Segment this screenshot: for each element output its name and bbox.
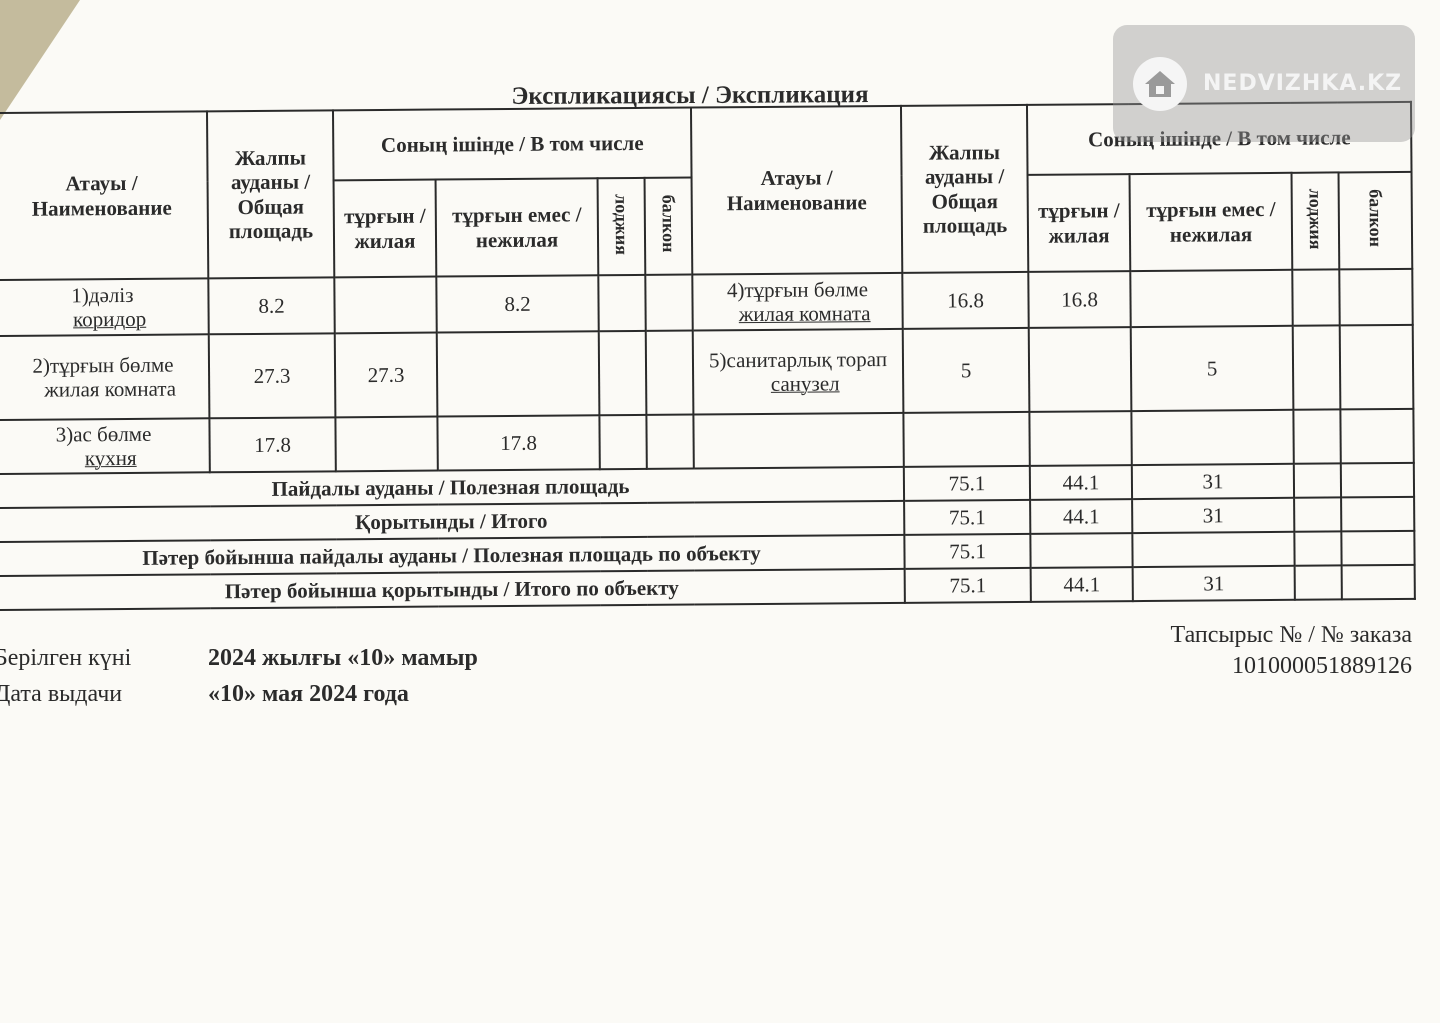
header-living: тұрғын / жилая <box>334 180 437 278</box>
issue-date-label-kz: Берілген күні <box>0 645 208 672</box>
order-label: Тапсырыс № / № заказа <box>1171 620 1412 651</box>
room-name: 5)санитарлық торапсанузел <box>693 329 904 415</box>
room-balcony <box>1340 409 1413 464</box>
room-living <box>1029 411 1131 466</box>
room-balcony <box>646 331 694 415</box>
room-total: 27.3 <box>209 333 336 418</box>
header-name: Атауы / Наименование <box>0 111 208 280</box>
room-non-living <box>437 331 600 416</box>
room-name <box>693 413 903 469</box>
summary-total: 75.1 <box>904 466 1030 501</box>
summary-total: 75.1 <box>905 568 1031 603</box>
summary-living: 44.1 <box>1031 567 1133 602</box>
room-non-living <box>1130 270 1292 327</box>
order-block: Тапсырыс № / № заказа 101000051889126 <box>1171 620 1412 682</box>
room-balcony <box>1339 269 1412 326</box>
issue-date-label-ru: Дата выдачи <box>0 681 208 708</box>
room-total: 8.2 <box>208 277 334 334</box>
room-balcony <box>645 275 692 331</box>
explication-sheet: Атауы / Наименование Жалпы ауданы / Обща… <box>0 101 1414 611</box>
room-loggia <box>1293 409 1340 463</box>
room-loggia <box>598 275 645 331</box>
explication-table: Атауы / Наименование Жалпы ауданы / Обща… <box>0 101 1416 611</box>
house-icon <box>1133 57 1187 111</box>
table-row: 2)тұрғын бөлмежилая комната 27.3 27.3 5)… <box>0 325 1413 420</box>
summary-living: 44.1 <box>1030 465 1132 500</box>
room-living: 27.3 <box>335 333 438 418</box>
room-living <box>335 417 437 472</box>
room-name: 3)ас бөлмекухня <box>0 418 210 474</box>
watermark: NEDVIZHKA.KZ <box>1113 25 1415 142</box>
room-total: 16.8 <box>902 272 1028 329</box>
summary-non-living: 31 <box>1132 498 1294 533</box>
header-total-area: Жалпы ауданы / Общая площадь <box>901 105 1028 273</box>
header-name: Атауы / Наименование <box>691 106 902 275</box>
issue-date-block: Берілген күні 2024 жылғы «10» мамыр Дата… <box>0 640 478 712</box>
issue-date-value-ru: «10» мая 2024 года <box>208 681 409 708</box>
room-non-living: 8.2 <box>436 275 598 332</box>
summary-total: 75.1 <box>904 500 1030 535</box>
summary-non-living: 31 <box>1132 464 1294 499</box>
summary-living <box>1030 533 1132 568</box>
room-living: 16.8 <box>1028 271 1130 328</box>
summary-non-living: 31 <box>1133 566 1295 601</box>
room-non-living <box>1131 410 1293 465</box>
header-balcony: балкон <box>1339 172 1413 270</box>
header-living: тұрғын / жилая <box>1028 174 1131 272</box>
header-loggia: лоджия <box>1292 172 1340 269</box>
summary-label: Пәтер бойынша қорытынды / Итого по объек… <box>0 569 905 610</box>
room-total: 5 <box>903 328 1030 413</box>
issue-date-value-kz: 2024 жылғы «10» мамыр <box>208 645 478 672</box>
order-number: 101000051889126 <box>1171 651 1412 682</box>
room-total: 17.8 <box>209 417 335 472</box>
header-total-area: Жалпы ауданы / Общая площадь <box>207 110 334 278</box>
room-name: 4)тұрғын бөлмежилая комната <box>692 273 902 331</box>
room-living <box>334 277 436 334</box>
room-total <box>903 412 1029 467</box>
header-loggia: лоджия <box>598 178 646 275</box>
header-including: Соның ішінде / В том числе <box>333 108 692 181</box>
room-non-living: 5 <box>1131 326 1294 411</box>
room-non-living: 17.8 <box>437 415 599 470</box>
header-balcony: балкон <box>645 178 693 275</box>
room-loggia <box>1293 325 1341 409</box>
summary-total: 75.1 <box>904 534 1030 569</box>
room-loggia <box>599 415 646 469</box>
room-name: 2)тұрғын бөлмежилая комната <box>0 334 209 420</box>
summary-non-living <box>1132 532 1294 567</box>
header-non-living: тұрғын емес / нежилая <box>436 178 599 276</box>
watermark-text: NEDVIZHKA.KZ <box>1203 71 1402 96</box>
room-name: 1)дәлізкоридор <box>0 278 209 336</box>
room-loggia <box>599 331 647 415</box>
room-balcony <box>646 415 693 469</box>
summary-living: 44.1 <box>1030 499 1132 534</box>
room-balcony <box>1340 325 1414 410</box>
room-living <box>1029 327 1132 412</box>
room-loggia <box>1292 269 1339 325</box>
header-non-living: тұрғын емес / нежилая <box>1130 173 1293 271</box>
